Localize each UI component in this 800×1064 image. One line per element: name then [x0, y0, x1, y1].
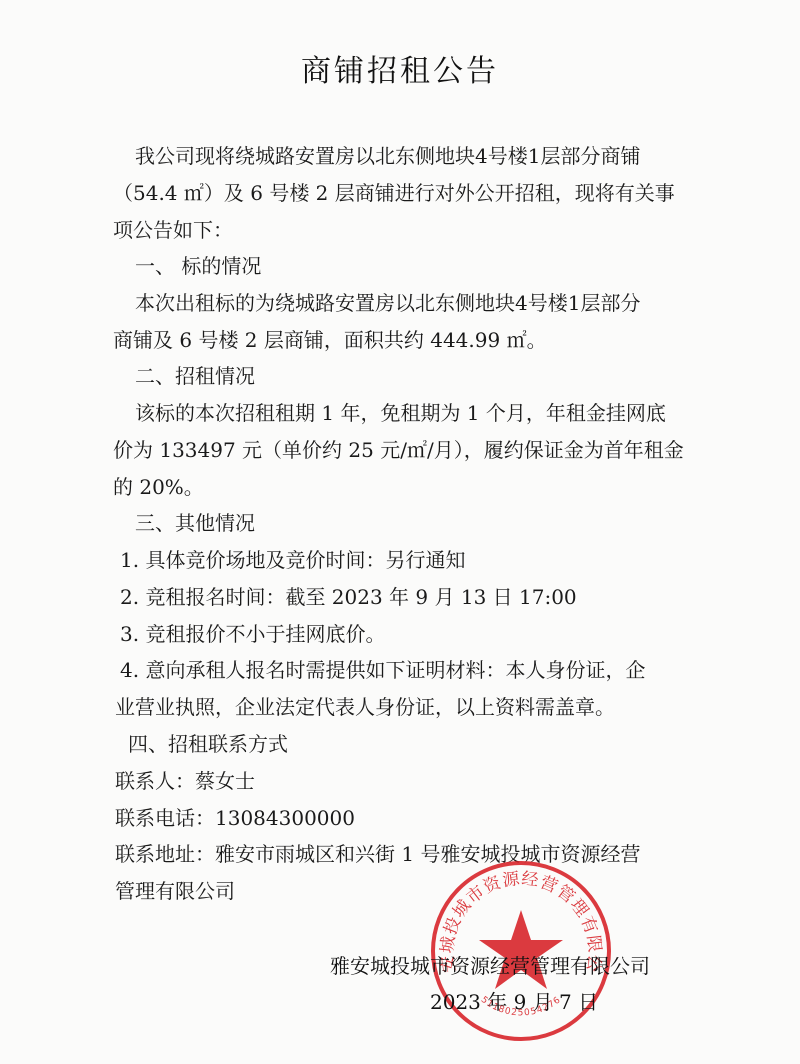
contact-address: 管理有限公司	[115, 877, 235, 905]
section-line: 该标的本次招租租期 1 年，免租期为 1 个月，年租金挂网底	[135, 399, 666, 427]
contact-person: 联系人：蔡女士	[115, 767, 255, 795]
section-line: 的 20%。	[113, 473, 204, 501]
company-seal-icon: 雅安城投城市资源经营管理有限公司 5118025054276	[428, 858, 614, 1044]
section-line: 商铺及 6 号楼 2 层商铺，面积共约 444.99 ㎡。	[113, 326, 547, 354]
contact-phone: 联系电话：13084300000	[115, 804, 355, 832]
section-heading: 二、招租情况	[135, 362, 255, 390]
list-item: 3. 竞租报价不小于挂网底价。	[120, 620, 385, 648]
announcement-page: 商铺招租公告 我公司现将绕城路安置房以北东侧地块4号楼1层部分商铺 （54.4 …	[0, 0, 800, 1064]
list-item: 2. 竞租报名时间：截至 2023 年 9 月 13 日 17:00	[120, 583, 577, 611]
list-item: 4. 意向承租人报名时需提供如下证明材料：本人身份证，企	[120, 656, 645, 684]
section-heading: 一、 标的情况	[135, 252, 261, 280]
section-line: 价为 133497 元（单价约 25 元/㎡/月），履约保证金为首年租金	[113, 436, 684, 464]
section-heading: 四、招租联系方式	[128, 730, 288, 758]
section-heading: 三、其他情况	[135, 509, 255, 537]
intro-line: 我公司现将绕城路安置房以北东侧地块4号楼1层部分商铺	[135, 142, 640, 170]
intro-line: （54.4 ㎡）及 6 号楼 2 层商铺进行对外公开招租，现将有关事	[113, 179, 675, 207]
intro-line: 项公告如下：	[113, 216, 233, 244]
section-line: 本次出租标的为绕城路安置房以北东侧地块4号楼1层部分	[135, 289, 640, 317]
list-item: 1. 具体竞价场地及竞价时间：另行通知	[120, 546, 465, 574]
signature-company: 雅安城投城市资源经营管理有限公司	[330, 952, 650, 980]
signature-date: 2023 年 9 月 7 日	[430, 988, 598, 1016]
document-title: 商铺招租公告	[0, 46, 800, 90]
list-item: 业营业执照，企业法定代表人身份证，以上资料需盖章。	[115, 693, 615, 721]
